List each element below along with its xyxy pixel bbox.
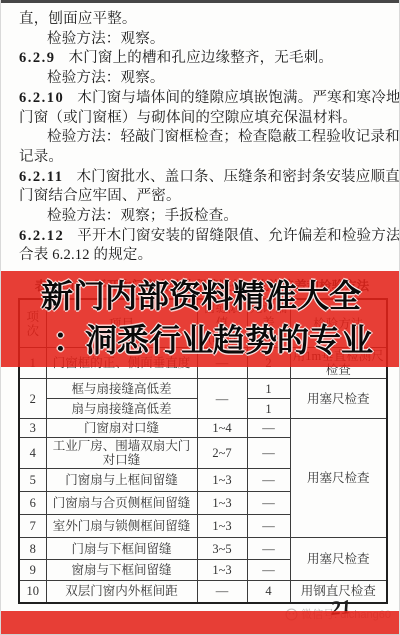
promo-overlay-banner: 新门内部资料精准大全 ：洞悉行业趋势的专业 <box>1 271 400 367</box>
cell-dev: 1 <box>247 399 290 419</box>
cell-gap: 1~3 <box>197 492 247 515</box>
cell-dev: 1 <box>247 379 290 399</box>
cell-gap: 1~3 <box>197 560 247 581</box>
promo-banner-line2: ：洞悉行业趋势的专业 <box>13 318 400 362</box>
doc-line-text: 检验方法：观察；手扳检查。 <box>47 208 238 224</box>
doc-line-text: 门窗（或门窗框）与砌体间的空隙应填充保温材料。 <box>19 110 357 126</box>
cell-method: 用塞尺检查 <box>290 538 387 581</box>
doc-line: 6.2.9木门窗上的槽和孔应边缘整齐，无毛刺。 <box>19 49 387 69</box>
doc-line-text: 记录。 <box>19 149 63 165</box>
table-row: 3 门窗扇对口缝 1~4 — 用塞尺检查 <box>19 419 387 438</box>
cell-item: 双层门窗内外框间距 <box>46 581 197 603</box>
cell-no: 9 <box>19 560 46 581</box>
doc-line-text: 门窗结合应牢固、严密。 <box>19 188 181 204</box>
doc-line-text: 木门窗上的槽和孔应边缘整齐，无毛刺。 <box>69 50 334 66</box>
cell-dev: — <box>247 419 290 438</box>
doc-line-text: 合表 6.2.12 的规定。 <box>19 247 152 263</box>
doc-line: 门窗结合应牢固、严密。 <box>19 187 387 207</box>
doc-line: 门窗（或门窗框）与砌体间的空隙应填充保温材料。 <box>19 109 387 129</box>
table-row: 2 框与扇接缝高低差 — 1 用塞尺检查 <box>19 379 387 399</box>
page-top-border <box>1 0 399 3</box>
section-number: 6.2.11 <box>19 169 63 185</box>
cell-no: 3 <box>19 419 46 438</box>
cell-no: 4 <box>19 438 46 469</box>
cell-no: 2 <box>19 379 46 419</box>
promo-banner-line1: 新门内部资料精准大全 <box>1 274 400 318</box>
doc-line: 检验方法：观察。 <box>19 30 387 50</box>
cell-dev: — <box>247 515 290 538</box>
table-row: 8 门扇与下框间留缝 3~5 — 用塞尺检查 <box>19 538 387 560</box>
doc-line: 检验方法：轻敲门窗框检查；检查隐蔽工程验收记录和施工 <box>19 128 387 148</box>
doc-line: 6.2.10木门窗与墙体间的缝隙应填嵌饱满。严寒和寒冷地区外 <box>19 89 387 109</box>
doc-line: 检验方法：观察。 <box>19 69 387 89</box>
cell-gap: 1~3 <box>197 515 247 538</box>
cell-gap: — <box>197 379 247 419</box>
document-body-text: 直，刨面应平整。 检验方法：观察。 6.2.9木门窗上的槽和孔应边缘整齐，无毛刺… <box>19 10 387 266</box>
cell-dev: — <box>247 538 290 560</box>
doc-line-text: 平开木门窗安装的留缝限值、允许偏差和检验方法应符 <box>77 228 400 244</box>
cell-no: 7 <box>19 515 46 538</box>
cell-gap: 1~4 <box>197 419 247 438</box>
cell-gap: 3~5 <box>197 538 247 560</box>
doc-line-text: 检验方法：轻敲门窗框检查；检查隐蔽工程验收记录和施工 <box>47 129 400 145</box>
cell-dev: — <box>247 492 290 515</box>
doc-line: 6.2.12平开木门窗安装的留缝限值、允许偏差和检验方法应符 <box>19 227 387 247</box>
section-number: 6.2.9 <box>19 50 56 66</box>
doc-line-text: 直，刨面应平整。 <box>19 11 137 27</box>
cell-gap: 1~3 <box>197 469 247 492</box>
cell-item: 室外门扇与锁侧框间留缝 <box>46 515 197 538</box>
cell-item: 扇与扇接缝高低差 <box>46 399 197 419</box>
doc-line-text: 检验方法：观察。 <box>47 70 165 86</box>
cell-item: 门窗扇与上框间留缝 <box>46 469 197 492</box>
cell-no: 5 <box>19 469 46 492</box>
doc-line: 记录。 <box>19 148 387 168</box>
cell-no: 8 <box>19 538 46 560</box>
cell-item: 工业厂房、围墙双扇大门对口缝 <box>46 438 197 469</box>
document-page: 直，刨面应平整。 检验方法：观察。 6.2.9木门窗上的槽和孔应边缘整齐，无毛刺… <box>0 0 400 635</box>
cell-dev: — <box>247 469 290 492</box>
cell-method: 用塞尺检查 <box>290 379 387 419</box>
cell-item: 门窗扇与合页侧框间留缝 <box>46 492 197 515</box>
doc-line: 合表 6.2.12 的规定。 <box>19 246 387 266</box>
cell-method: 用塞尺检查 <box>290 419 387 538</box>
cell-item: 门扇与下框间留缝 <box>46 538 197 560</box>
cell-gap: 2~7 <box>197 438 247 469</box>
doc-line: 检验方法：观察；手扳检查。 <box>19 207 387 227</box>
doc-line: 直，刨面应平整。 <box>19 10 387 30</box>
cell-item: 框与扇接缝高低差 <box>46 379 197 399</box>
cell-item: 窗扇与下框间留缝 <box>46 560 197 581</box>
doc-line-text: 木门窗与墙体间的缝隙应填嵌饱满。严寒和寒冷地区外 <box>77 90 400 106</box>
doc-line-text: 检验方法：观察。 <box>47 31 165 47</box>
cell-item: 门窗扇对口缝 <box>46 419 197 438</box>
cell-gap: — <box>197 581 247 603</box>
cell-no: 6 <box>19 492 46 515</box>
section-number: 6.2.10 <box>19 90 64 106</box>
section-number: 6.2.12 <box>19 228 64 244</box>
cell-no: 10 <box>19 581 46 603</box>
cell-dev: 4 <box>247 581 290 603</box>
doc-line: 6.2.11木门窗批水、盖口条、压缝条和密封条安装应顺直，与 <box>19 168 387 188</box>
bottom-red-strip <box>1 611 400 635</box>
cell-dev: — <box>247 560 290 581</box>
cell-dev: — <box>247 438 290 469</box>
doc-line-text: 木门窗批水、盖口条、压缝条和密封条安装应顺直，与 <box>76 169 400 185</box>
